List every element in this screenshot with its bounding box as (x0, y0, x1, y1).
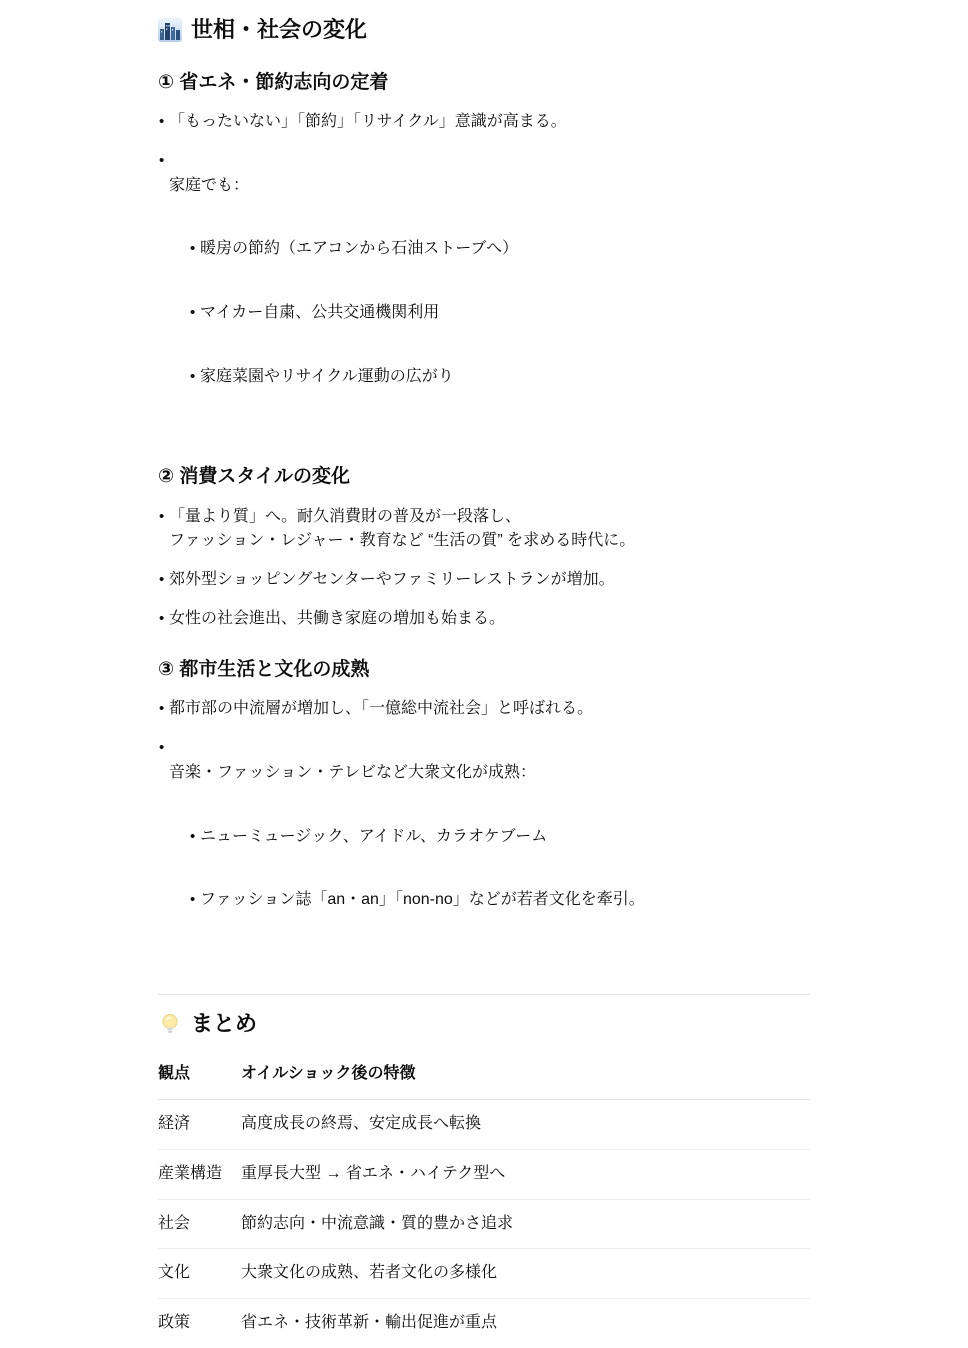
table-cell: 社会 (158, 1199, 241, 1249)
table-header-cell: 観点 (158, 1062, 241, 1099)
section-heading-label: 世相・社会の変化 (191, 16, 367, 45)
list-item: 「量より質」へ。耐久消費財の普及が一段落し、 ファッション・レジャー・教育など … (169, 505, 810, 555)
bullet-list-2: 「量より質」へ。耐久消費財の普及が一段落し、 ファッション・レジャー・教育など … (158, 505, 810, 632)
list-item: 家庭菜園やリサイクル運動の広がり (200, 365, 810, 390)
table-row: 社会 節約志向・中流意識・質的豊かさ追求 (158, 1199, 810, 1249)
list-item: ニューミュージック、アイドル、カラオケブーム (200, 825, 810, 850)
list-item: 女性の社会進出、共働き家庭の増加も始まる。 (169, 607, 810, 632)
subsection-heading-3: ③ 都市生活と文化の成熟 (158, 657, 810, 683)
nested-bullet-list: ニューミュージック、アイドル、カラオケブーム ファッション誌「an・an」「no… (169, 800, 810, 938)
subsection-heading-2: ② 消費スタイルの変化 (158, 464, 810, 490)
section-heading-society: 世相・社会の変化 (158, 16, 810, 45)
table-cell: 省エネ・技術革新・輸出促進が重点 (241, 1299, 810, 1348)
list-item: 暖房の節約（エアコンから石油ストーブへ） (200, 237, 810, 262)
table-cell: 産業構造 (158, 1149, 241, 1199)
lightbulb-icon (158, 1012, 182, 1036)
list-item: 郊外型ショッピングセンターやファミリーレストランが増加。 (169, 568, 810, 593)
cityscape-icon (158, 18, 182, 42)
subsection-heading-1: ① 省エネ・節約志向の定着 (158, 70, 810, 96)
table-header-cell: オイルショック後の特徴 (241, 1062, 810, 1099)
bullet-list-3: 都市部の中流層が増加し、「一億総中流社会」と呼ばれる。 音楽・ファッション・テレ… (158, 697, 810, 962)
list-item: 家庭でも： 暖房の節約（エアコンから石油ストーブへ） マイカー自粛、公共交通機関… (169, 149, 810, 439)
nested-bullet-list: 暖房の節約（エアコンから石油ストーブへ） マイカー自粛、公共交通機関利用 家庭菜… (169, 213, 810, 415)
section-divider (158, 994, 810, 995)
document: 世相・社会の変化 ① 省エネ・節約志向の定着 「もったいない」「節約」「リサイク… (158, 0, 810, 1348)
table-cell: 経済 (158, 1100, 241, 1150)
list-item-text: 音楽・ファッション・テレビなど大衆文化が成熟： (169, 764, 536, 781)
table-cell: 高度成長の終焉、安定成長へ転換 (241, 1100, 810, 1150)
table-header-row: 観点 オイルショック後の特徴 (158, 1062, 810, 1099)
table-cell: 節約志向・中流意識・質的豊かさ追求 (241, 1199, 810, 1249)
list-item: ファッション誌「an・an」「non-no」などが若者文化を牽引。 (200, 888, 810, 913)
table-row: 文化 大衆文化の成熟、若者文化の多様化 (158, 1249, 810, 1299)
list-item: 「もったいない」「節約」「リサイクル」意識が高まる。 (169, 110, 810, 135)
table-cell: 重厚長大型 → 省エネ・ハイテク型へ (241, 1149, 810, 1199)
table-cell: 大衆文化の成熟、若者文化の多様化 (241, 1249, 810, 1299)
list-item: 音楽・ファッション・テレビなど大衆文化が成熟： ニューミュージック、アイドル、カ… (169, 736, 810, 962)
section-heading-label: まとめ (191, 1010, 257, 1039)
table-row: 政策 省エネ・技術革新・輸出促進が重点 (158, 1299, 810, 1348)
list-item: 都市部の中流層が増加し、「一億総中流社会」と呼ばれる。 (169, 697, 810, 722)
table-row: 経済 高度成長の終焉、安定成長へ転換 (158, 1100, 810, 1150)
table-cell: 文化 (158, 1249, 241, 1299)
summary-table: 観点 オイルショック後の特徴 経済 高度成長の終焉、安定成長へ転換 産業構造 重… (158, 1062, 810, 1348)
bullet-list-1: 「もったいない」「節約」「リサイクル」意識が高まる。 家庭でも： 暖房の節約（エ… (158, 110, 810, 439)
list-item-text: 家庭でも： (169, 177, 249, 194)
table-row: 産業構造 重厚長大型 → 省エネ・ハイテク型へ (158, 1149, 810, 1199)
table-cell: 政策 (158, 1299, 241, 1348)
list-item: マイカー自粛、公共交通機関利用 (200, 301, 810, 326)
